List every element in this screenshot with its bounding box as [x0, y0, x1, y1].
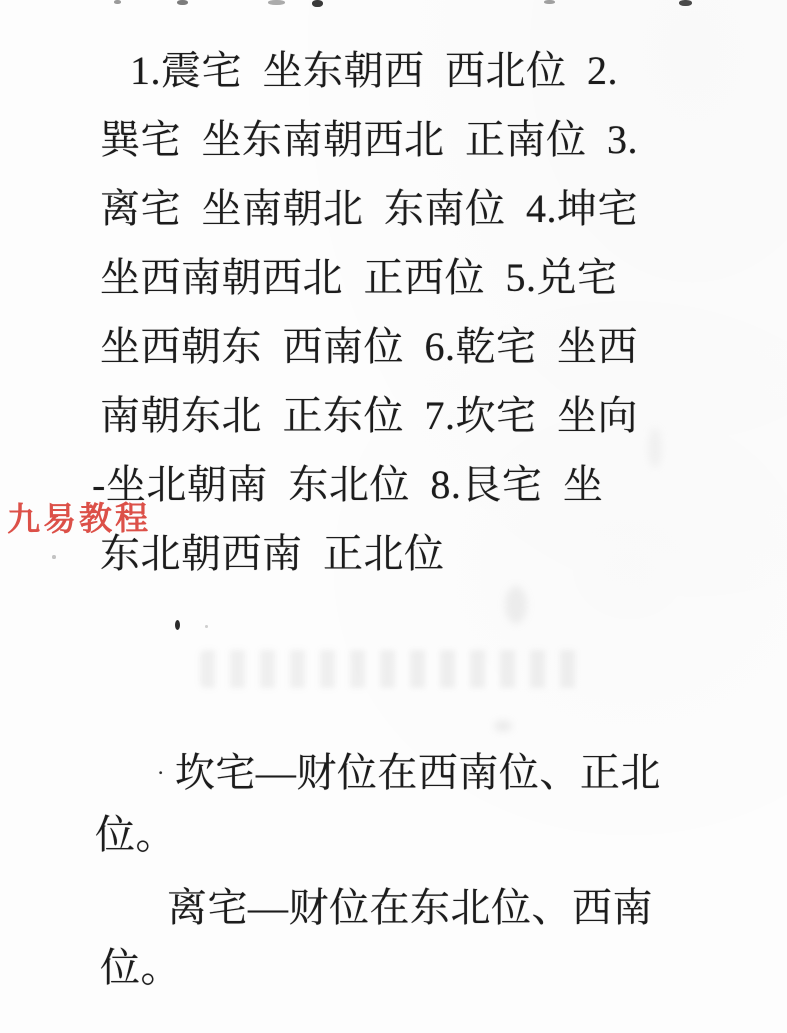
- text-line: 位。: [95, 804, 675, 866]
- ink-fragment: [544, 0, 555, 4]
- text-line: 离宅—财位在东北位、西南: [100, 878, 680, 938]
- text-line: 1.震宅 坐东朝西 西北位 2.: [100, 36, 660, 105]
- text-line: 巽宅 坐东南朝西北 正南位 3.: [100, 105, 660, 174]
- ink-dot: [52, 555, 56, 559]
- text-line: 坐西南朝西北 正西位 5.兑宅: [100, 243, 660, 312]
- bleed-through-smudge: [200, 650, 585, 688]
- text-line: 离宅 坐南朝北 东南位 4.坤宅: [100, 174, 660, 243]
- watermark: 九易教程: [7, 500, 151, 538]
- scan-smudge: [648, 428, 662, 468]
- ink-fragment: [177, 0, 188, 5]
- ink-dot: ·: [157, 742, 165, 804]
- scan-smudge: [505, 586, 527, 624]
- ink-fragment: [312, 0, 323, 7]
- ink-dot: [175, 620, 180, 630]
- ink-dot: [205, 625, 208, 628]
- text-line: ·坎宅—财位在西南位、正北: [95, 742, 675, 804]
- text-run: 坎宅—财位在西南位、正北: [175, 750, 661, 795]
- scan-smudge: [494, 720, 512, 732]
- text-line: 南朝东北 正东位 7.坎宅 坐向: [100, 381, 660, 450]
- ink-fragment: [114, 0, 121, 4]
- ink-fragment: [268, 0, 285, 5]
- scanned-book-page: 1.震宅 坐东朝西 西北位 2. 巽宅 坐东南朝西北 正南位 3. 离宅 坐南朝…: [0, 0, 787, 1033]
- paragraph-li-house-wealth: 离宅—财位在东北位、西南 位。: [100, 878, 680, 998]
- text-line: -坐北朝南 东北位 8.艮宅 坐: [92, 450, 660, 519]
- text-line: 东北朝西南 正北位: [100, 519, 660, 588]
- ink-fragment: [679, 0, 692, 6]
- paragraph-kan-house-wealth: ·坎宅—财位在西南位、正北 位。: [95, 742, 675, 866]
- text-line: 坐西朝东 西南位 6.乾宅 坐西: [100, 312, 660, 381]
- paragraph-house-directions: 1.震宅 坐东朝西 西北位 2. 巽宅 坐东南朝西北 正南位 3. 离宅 坐南朝…: [100, 36, 660, 588]
- text-line: 位。: [100, 938, 680, 998]
